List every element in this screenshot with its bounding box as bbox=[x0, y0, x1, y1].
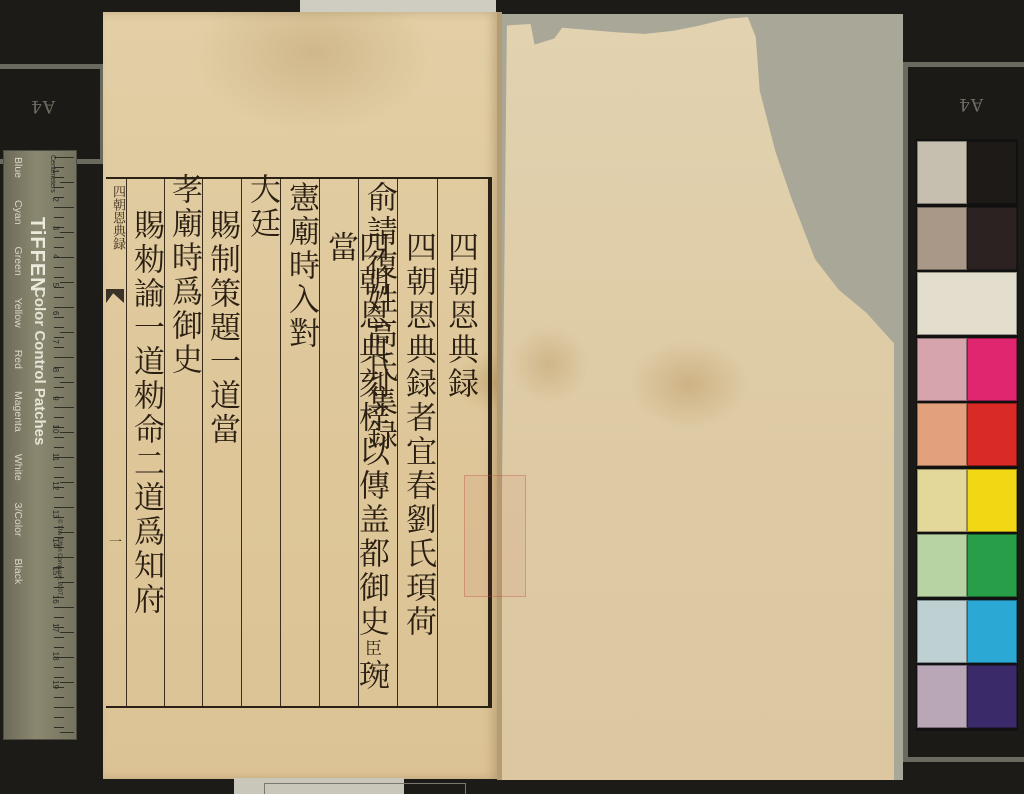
bottom-label-strip bbox=[234, 778, 404, 794]
text-column-9: 賜勑諭一道勑命二道爲知府 bbox=[130, 209, 161, 617]
text-column-1: 四朝恩典録 bbox=[444, 231, 475, 401]
fish-tail-icon bbox=[106, 289, 124, 303]
ruler-title: Color Control Patches bbox=[31, 287, 48, 445]
margin-title: 四朝恩典録 bbox=[108, 185, 127, 250]
tiffen-logo: TiFFEN bbox=[25, 217, 48, 293]
color-patch-right bbox=[967, 141, 1017, 204]
color-label-list: BlueCyanGreenYellowRedMagentaWhite3/Colo… bbox=[12, 157, 24, 606]
cm-numbers: 12345678910111213141516171819 bbox=[51, 169, 60, 708]
color-patch-right bbox=[967, 665, 1017, 728]
color-patch-right bbox=[967, 534, 1017, 597]
color-patch-left bbox=[917, 338, 967, 401]
color-patch-left bbox=[917, 403, 967, 466]
block-heart: 四朝恩典録 一 bbox=[106, 179, 127, 706]
text-column-2: 四朝恩典録者宜春劉氏頊荷 bbox=[402, 231, 433, 639]
color-patch-right bbox=[967, 338, 1017, 401]
a4-label-right: A4 bbox=[958, 94, 983, 114]
color-patch-left bbox=[917, 600, 967, 663]
text-column-6: 大廷 bbox=[246, 173, 277, 241]
ruler-copyright: © The Tiffen Company, 2007 bbox=[56, 519, 62, 595]
a4-label-left: A4 bbox=[30, 96, 55, 116]
page-number: 一 bbox=[109, 531, 122, 550]
text-column-7: 賜制策題一道當 bbox=[206, 209, 237, 447]
color-patch-white bbox=[917, 272, 1017, 335]
color-patch-left bbox=[917, 534, 967, 597]
color-patch-left bbox=[917, 469, 967, 532]
color-patch-left bbox=[917, 665, 967, 728]
color-patch-right bbox=[967, 600, 1017, 663]
printed-text-block: 四朝恩典録 一 四朝恩典録 四朝恩典録者宜春劉氏頊荷 俞請復姓高氏集録 四朝恩典… bbox=[106, 177, 492, 708]
color-patch-left bbox=[917, 207, 967, 270]
color-patch-right bbox=[967, 469, 1017, 532]
text-column-4: 四朝恩典刻梓以傳盖都御史臣琬當 bbox=[324, 231, 386, 706]
color-patch-right bbox=[967, 207, 1017, 270]
color-control-chart bbox=[916, 139, 1018, 731]
inch-ticks bbox=[60, 157, 74, 733]
color-patch-right bbox=[967, 403, 1017, 466]
tiffen-ruler: Centimeters 1234567891011121314151617181… bbox=[3, 150, 77, 740]
book-gutter bbox=[497, 12, 502, 780]
text-column-8: 孝廟時爲御史 bbox=[168, 173, 199, 377]
text-column-5: 憲廟時入對 bbox=[285, 181, 316, 351]
red-seal bbox=[464, 475, 526, 597]
color-patch-left bbox=[917, 141, 967, 204]
